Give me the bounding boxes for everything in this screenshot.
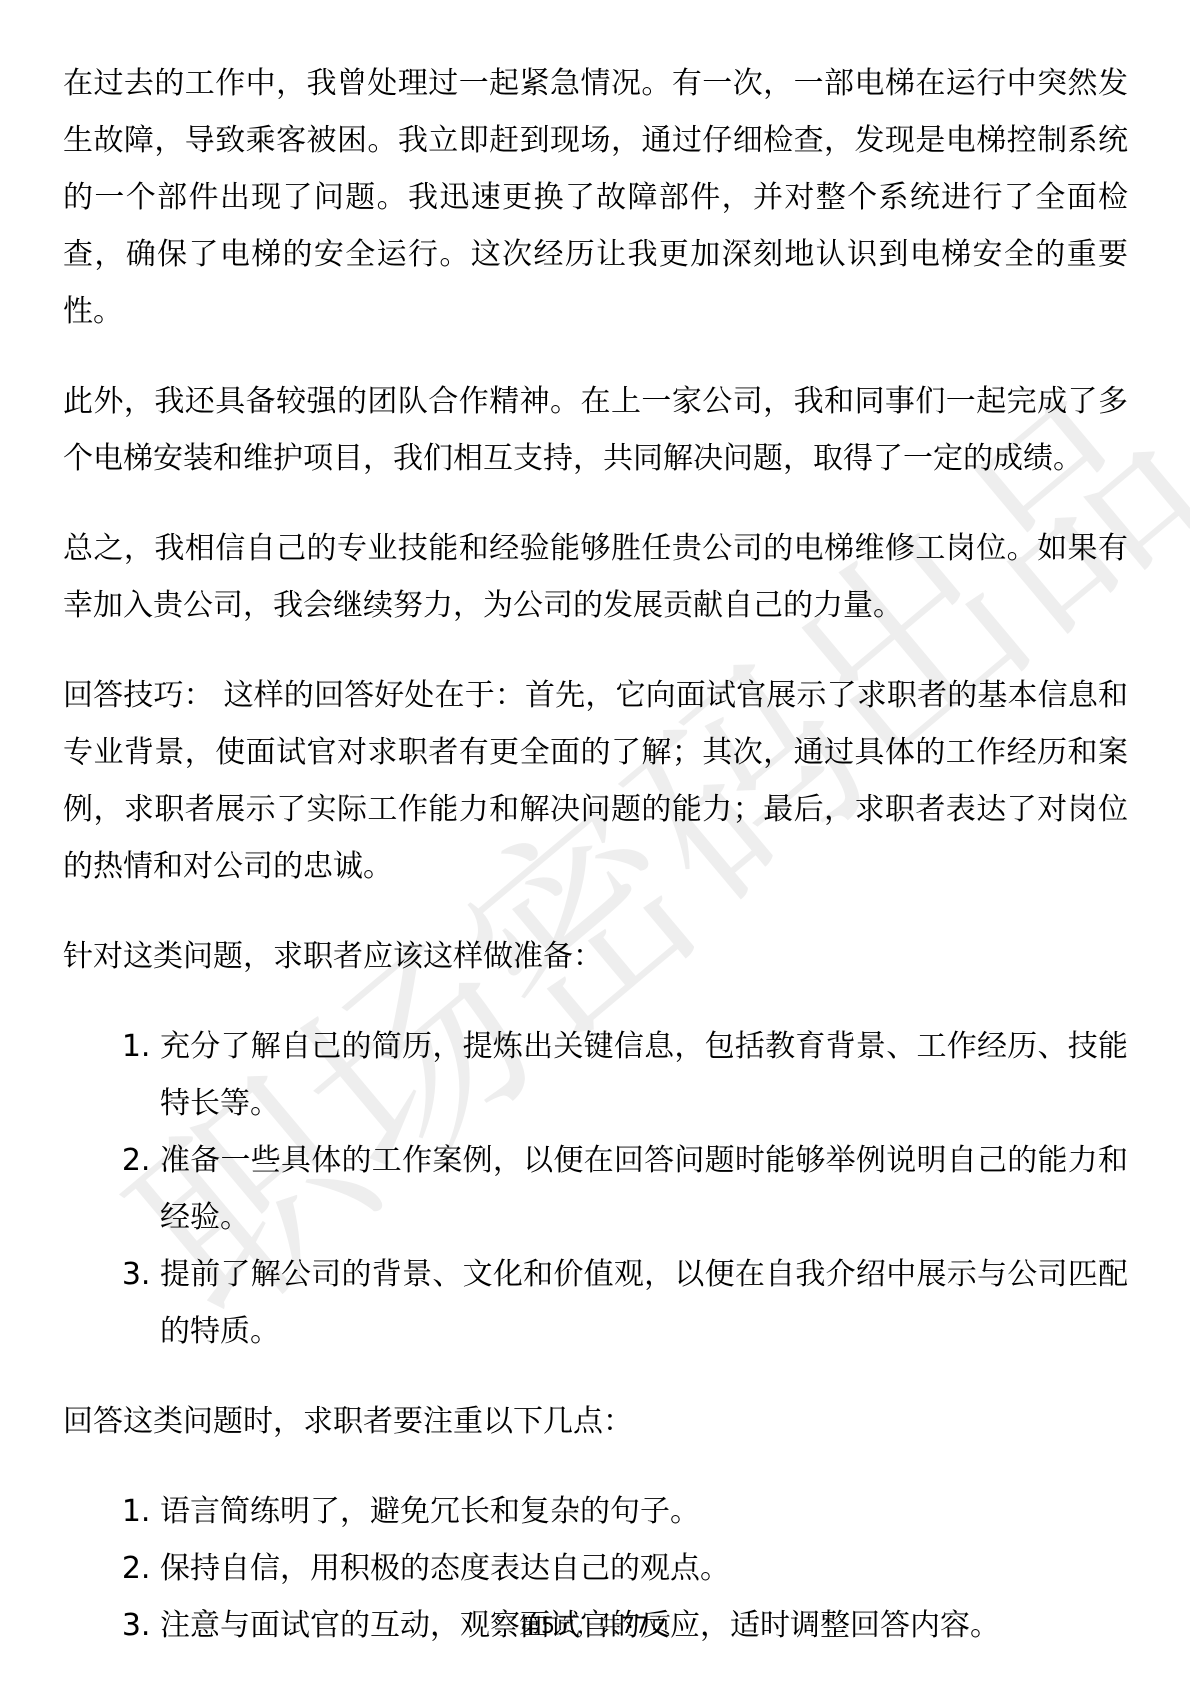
paragraph-teamwork: 此外，我还具备较强的团队合作精神。在上一家公司，我和同事们一起完成了多个电梯安装… [63,373,1128,487]
paragraph-emergency-experience: 在过去的工作中，我曾处理过一起紧急情况。有一次，一部电梯在运行中突然发生故障，导… [63,55,1128,340]
page-number-footer: 第5页，共77页 [0,1612,1190,1642]
list-item: 语言简练明了，避免冗长和复杂的句子。 [160,1483,1128,1540]
list-item: 提前了解公司的背景、文化和价值观，以便在自我介绍中展示与公司匹配的特质。 [160,1246,1128,1360]
page-content: 在过去的工作中，我曾处理过一起紧急情况。有一次，一部电梯在运行中突然发生故障，导… [63,55,1128,1684]
list-item: 保持自信，用积极的态度表达自己的观点。 [160,1540,1128,1597]
paragraph-answer-points-intro: 回答这类问题时，求职者要注重以下几点： [63,1393,1128,1450]
paragraph-conclusion: 总之，我相信自己的专业技能和经验能够胜任贵公司的电梯维修工岗位。如果有幸加入贵公… [63,520,1128,634]
paragraph-answer-technique: 回答技巧： 这样的回答好处在于：首先，它向面试官展示了求职者的基本信息和专业背景… [63,667,1128,895]
preparation-list: 充分了解自己的简历，提炼出关键信息，包括教育背景、工作经历、技能特长等。 准备一… [63,1018,1128,1360]
paragraph-preparation-intro: 针对这类问题，求职者应该这样做准备： [63,928,1128,985]
list-item: 充分了解自己的简历，提炼出关键信息，包括教育背景、工作经历、技能特长等。 [160,1018,1128,1132]
list-item: 准备一些具体的工作案例，以便在回答问题时能够举例说明自己的能力和经验。 [160,1132,1128,1246]
document-page: 职场密码出品 在过去的工作中，我曾处理过一起紧急情况。有一次，一部电梯在运行中突… [0,0,1190,1684]
